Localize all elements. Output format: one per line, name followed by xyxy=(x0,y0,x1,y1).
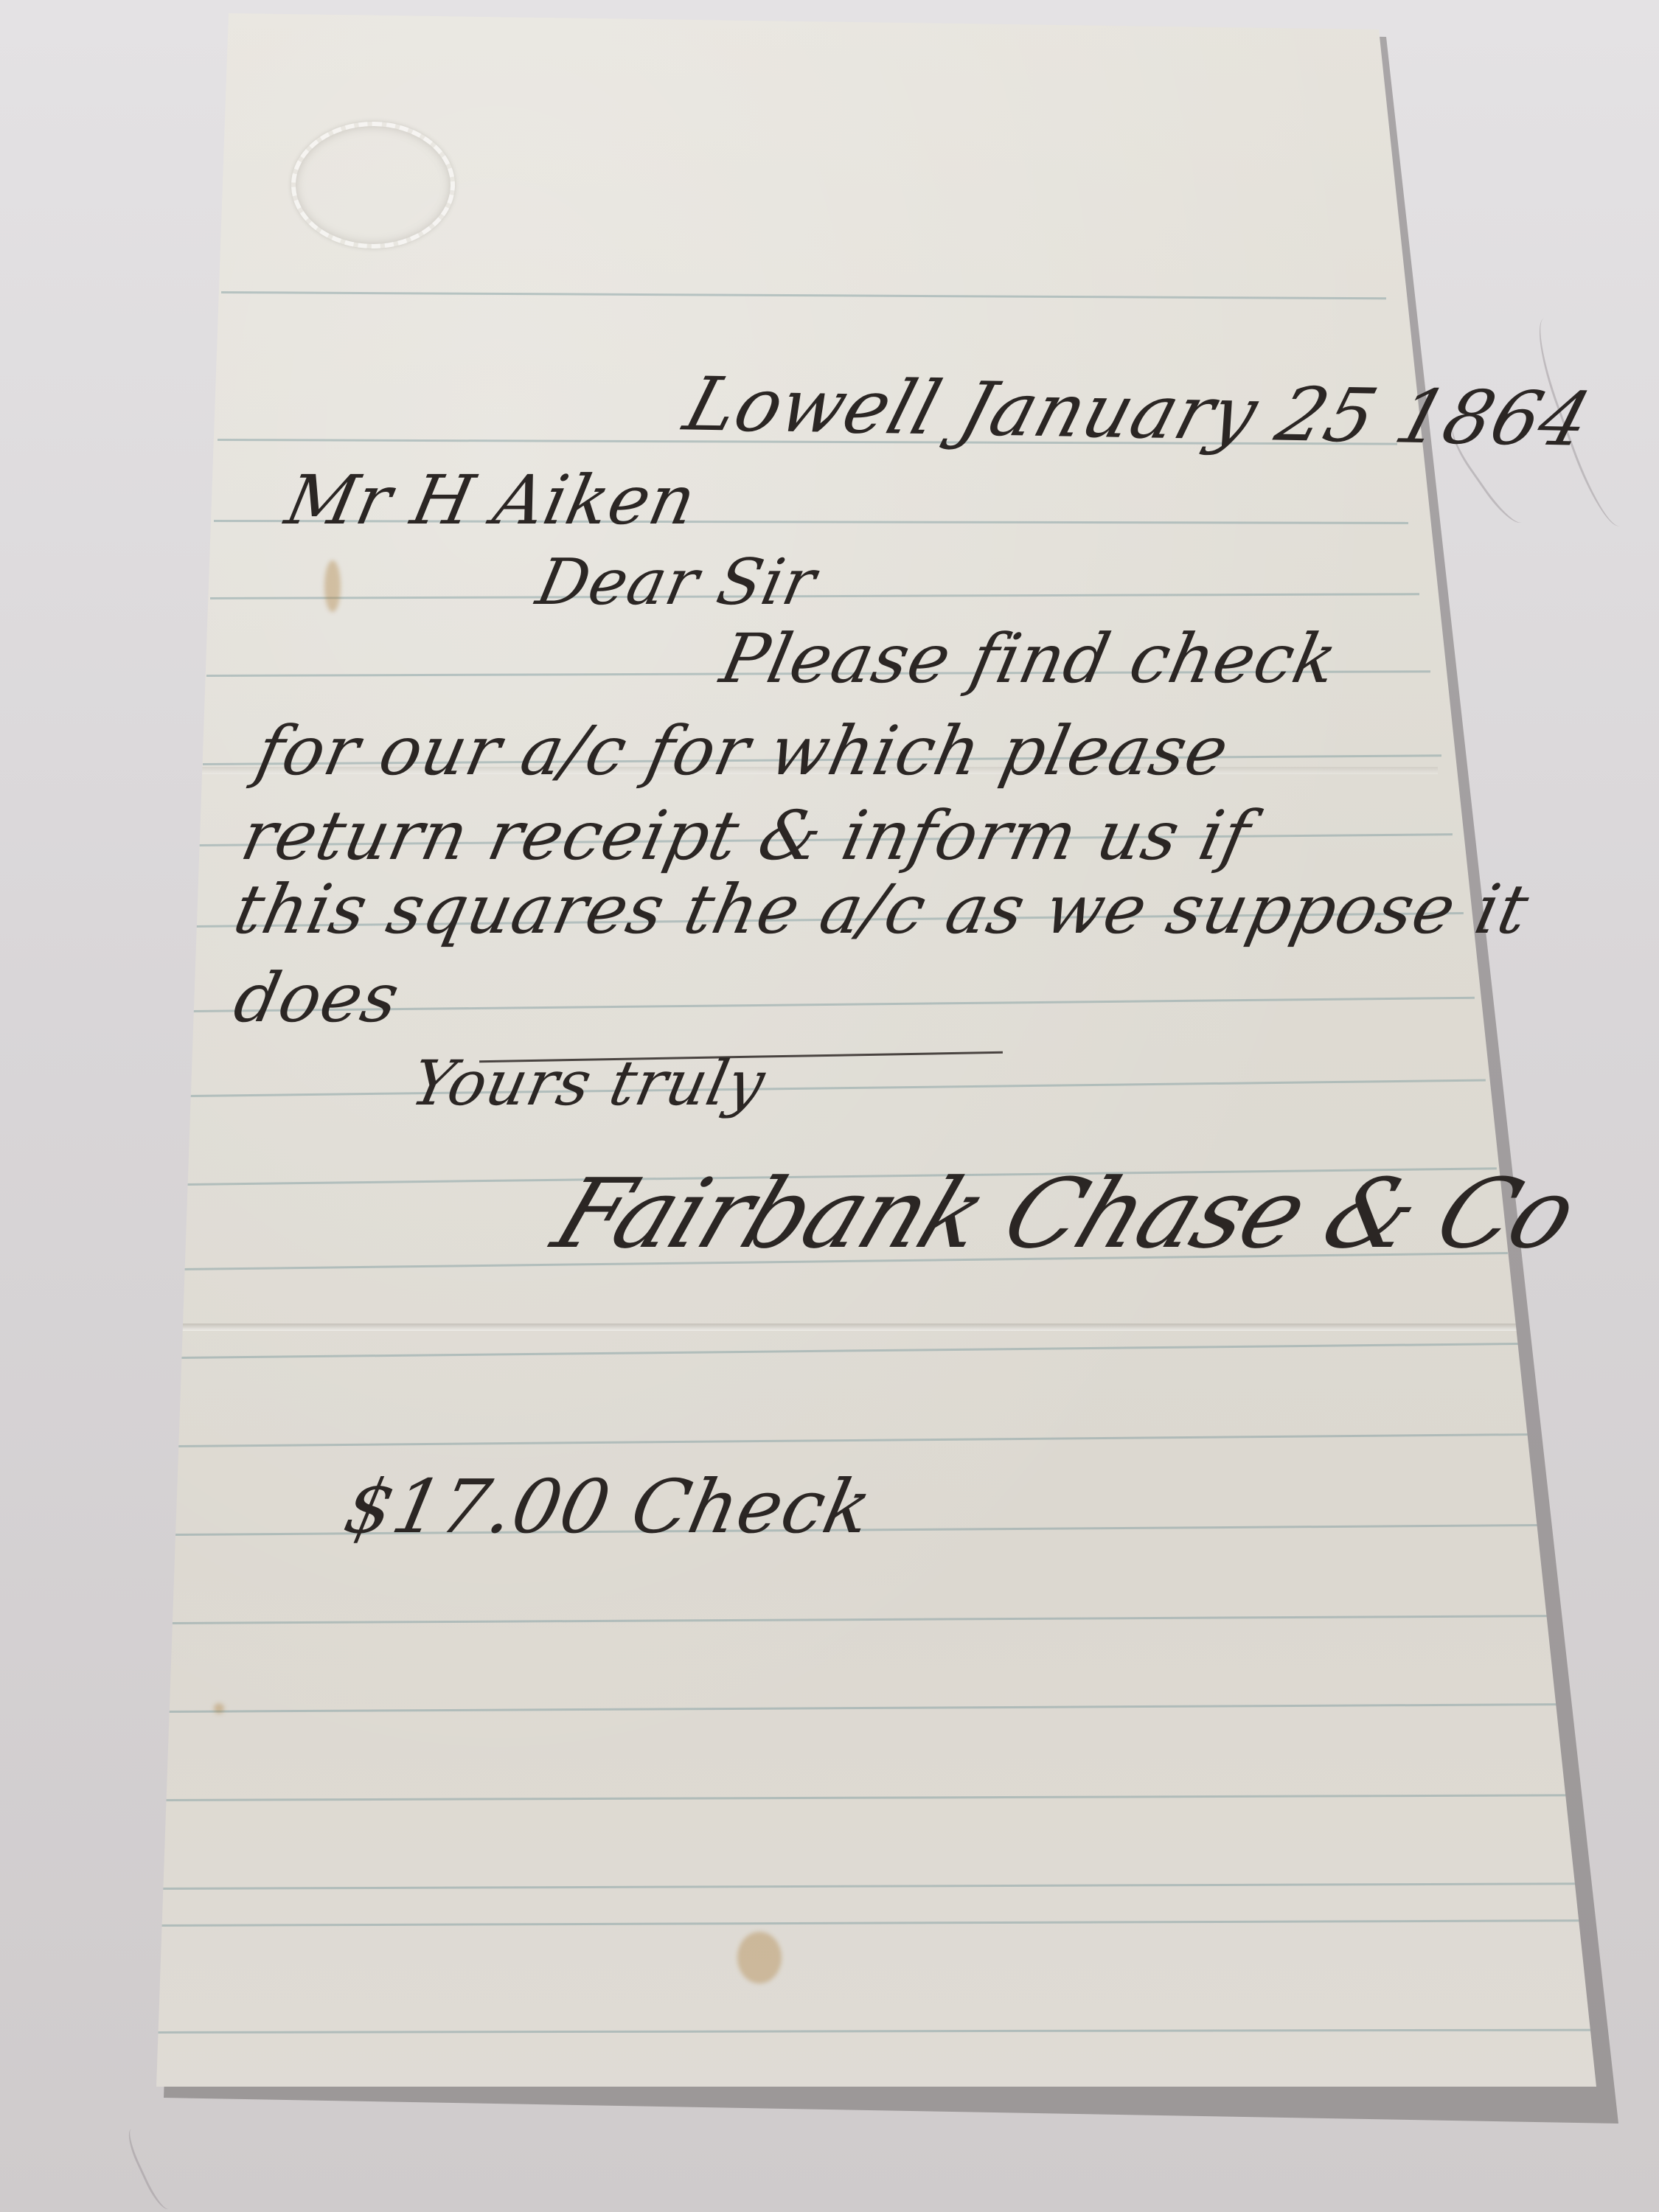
ruled-line xyxy=(188,1079,1486,1097)
letter-body-line: Please find check xyxy=(714,619,1345,698)
letter-dateline: Lowell January 25 1864 xyxy=(675,361,1600,462)
foxing-stain xyxy=(324,560,341,612)
letter-body-line: does xyxy=(228,959,407,1037)
ruled-line xyxy=(221,291,1386,299)
letter-body-line: return receipt & inform us if xyxy=(235,796,1258,875)
foxing-stain xyxy=(737,1932,782,1983)
ruled-line xyxy=(210,593,1419,599)
ruled-line xyxy=(159,1882,1589,1890)
letter-body-line: for our a/c for which please xyxy=(250,712,1236,790)
letter-recipient: Mr H Aiken xyxy=(279,461,703,540)
ruled-line xyxy=(156,2029,1594,2034)
check-amount-note: $17.00 Check xyxy=(338,1464,880,1550)
ruled-line xyxy=(166,1615,1552,1624)
ruled-line xyxy=(173,1433,1530,1447)
ruled-line xyxy=(177,1343,1519,1359)
letter-body-line: this squares the a/c as we suppose it xyxy=(228,870,1536,949)
embossed-seal-icon xyxy=(291,122,455,248)
letter-paper xyxy=(0,0,1659,2212)
background-pencil-mark xyxy=(122,2123,182,2212)
paper-fold xyxy=(177,1324,1526,1331)
ruled-line xyxy=(164,1703,1565,1713)
foxing-stain xyxy=(214,1703,224,1714)
letter-signature: Fairbank Chase & Co xyxy=(540,1158,1590,1270)
ruled-line xyxy=(161,1794,1576,1801)
letter-salutation: Dear Sir xyxy=(530,546,822,619)
ruled-line xyxy=(156,1919,1594,1927)
letter-closing: Yours truly xyxy=(406,1047,772,1119)
